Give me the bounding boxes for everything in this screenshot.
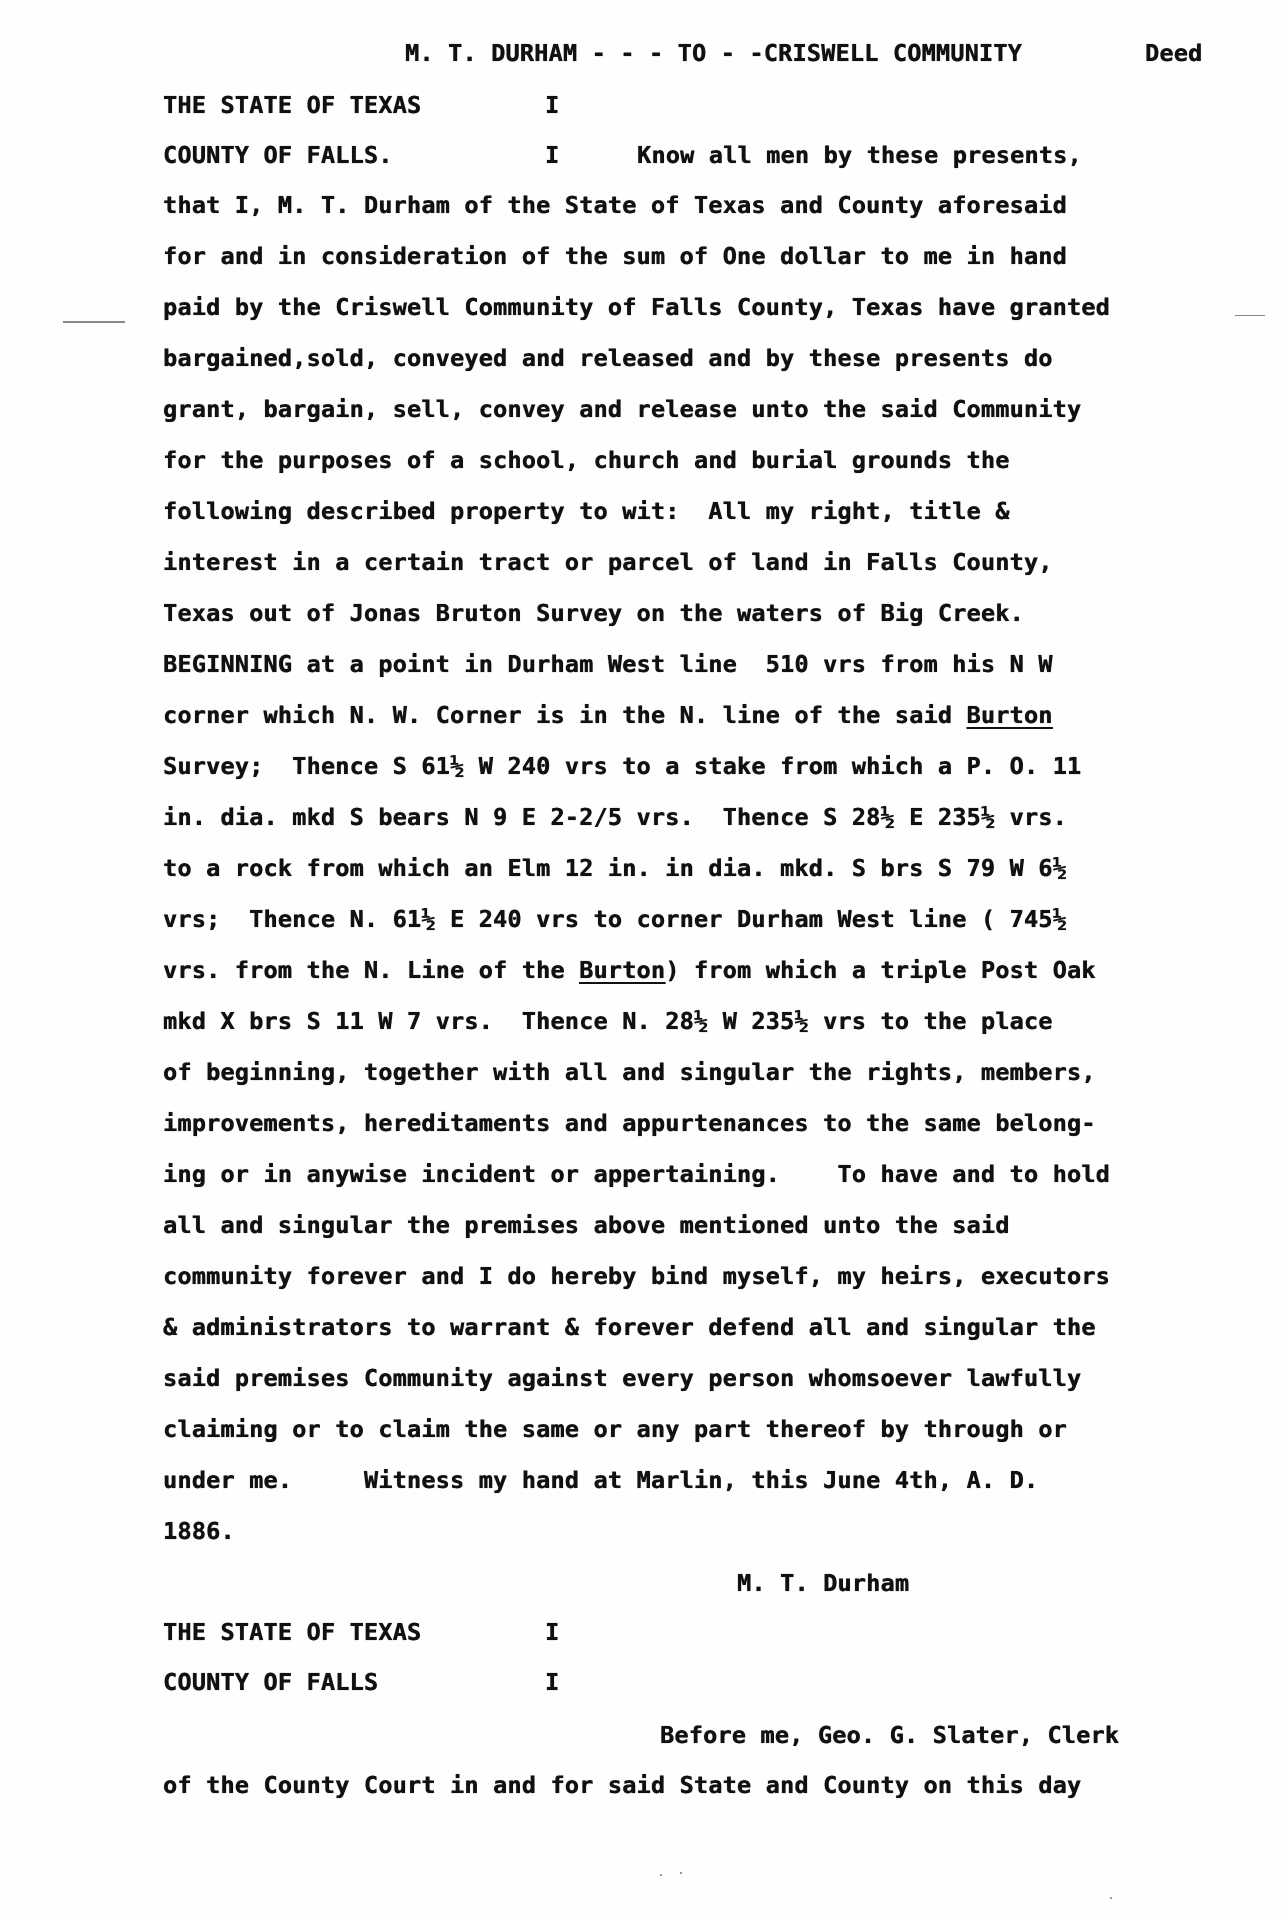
deed-body-line: improvements, hereditaments and appurten…	[163, 1108, 1096, 1138]
underlined-word: Burton	[579, 956, 665, 984]
deed-body-line: under me. Witness my hand at Marlin, thi…	[163, 1465, 1038, 1495]
deed-body-line: BEGINNING at a point in Durham West line…	[163, 649, 1053, 679]
deed-body-line: in. dia. mkd S bears N 9 E 2-2/5 vrs. Th…	[163, 802, 1067, 832]
margin-mark-left	[63, 321, 125, 323]
deed-body-line: 1886.	[163, 1516, 235, 1546]
caption-county-2: COUNTY OF FALLS	[163, 1667, 378, 1697]
deed-body-line: all and singular the premises above ment…	[163, 1210, 1010, 1240]
deed-body-line: claiming or to claim the same or any par…	[163, 1414, 1067, 1444]
deed-body-line: grant, bargain, sell, convey and release…	[163, 394, 1081, 424]
deed-body-line: community forever and I do hereby bind m…	[163, 1261, 1110, 1291]
deed-body-line: said premises Community against every pe…	[163, 1363, 1081, 1393]
deed-body-line: corner which N. W. Corner is in the N. l…	[163, 700, 1053, 730]
signature: M. T. Durham	[737, 1568, 909, 1598]
caption-separator: I	[545, 90, 559, 120]
deed-body-line: interest in a certain tract or parcel of…	[163, 547, 1053, 577]
scan-speck	[680, 1872, 682, 1874]
caption-state-2: THE STATE OF TEXAS	[163, 1617, 421, 1647]
scan-speck	[660, 1874, 662, 1876]
deed-heading: M. T. DURHAM - - - TO - -CRISWELL COMMUN…	[405, 38, 1022, 68]
margin-mark-right	[1235, 315, 1265, 316]
deed-body-line: Texas out of Jonas Bruton Survey on the …	[163, 598, 1024, 628]
deed-body-line: mkd X brs S 11 W 7 vrs. Thence N. 28½ W …	[163, 1006, 1053, 1036]
acknowledgment-line-2: of the County Court in and for said Stat…	[163, 1770, 1081, 1800]
deed-body-line: following described property to wit: All…	[163, 496, 1010, 526]
deed-body-line: that I, M. T. Durham of the State of Tex…	[163, 190, 1067, 220]
opening-phrase: Know all men by these presents,	[637, 140, 1082, 170]
deed-body-line: to a rock from which an Elm 12 in. in di…	[163, 853, 1067, 883]
caption-separator: I	[545, 1667, 559, 1697]
acknowledgment-line-1: Before me, Geo. G. Slater, Clerk	[660, 1720, 1119, 1750]
caption-separator: I	[545, 1617, 559, 1647]
deed-body-line: Survey; Thence S 61½ W 240 vrs to a stak…	[163, 751, 1081, 781]
deed-body-line: of beginning, together with all and sing…	[163, 1057, 1096, 1087]
caption-separator: I	[545, 140, 559, 170]
deed-body-line: for the purposes of a school, church and…	[163, 445, 1010, 475]
deed-body-line: vrs; Thence N. 61½ E 240 vrs to corner D…	[163, 904, 1067, 934]
deed-body-line: for and in consideration of the sum of O…	[163, 241, 1067, 271]
deed-body-line: & administrators to warrant & forever de…	[163, 1312, 1096, 1342]
deed-body-line: vrs. from the N. Line of the Burton) fro…	[163, 955, 1096, 985]
underlined-word: Burton	[967, 701, 1053, 729]
caption-county: COUNTY OF FALLS.	[163, 140, 393, 170]
caption-state: THE STATE OF TEXAS	[163, 90, 421, 120]
document-type-label: Deed	[1145, 38, 1202, 68]
deed-body-line: paid by the Criswell Community of Falls …	[163, 292, 1110, 322]
scan-speck	[1110, 1897, 1112, 1899]
deed-body-line: ing or in anywise incident or appertaini…	[163, 1159, 1110, 1189]
deed-page: M. T. DURHAM - - - TO - -CRISWELL COMMUN…	[0, 0, 1281, 1920]
deed-body-line: bargained,sold, conveyed and released an…	[163, 343, 1053, 373]
